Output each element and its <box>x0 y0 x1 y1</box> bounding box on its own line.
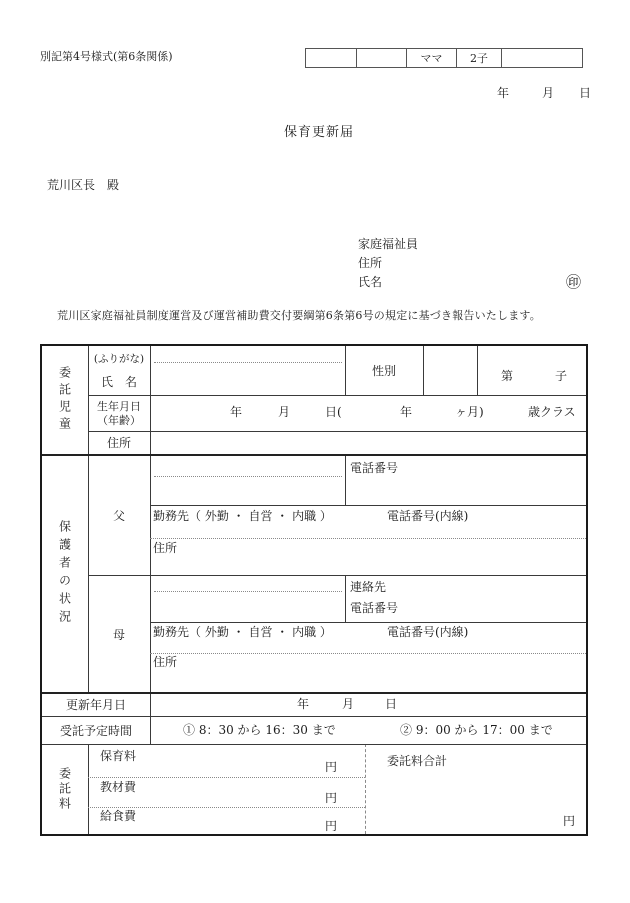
fee-item-unit: 円 <box>325 761 337 775</box>
table-line <box>150 505 586 506</box>
mother-work-label: 勤務先（ 外勤 ・ 自営 ・ 内職 ） <box>153 626 332 640</box>
table-line <box>423 346 424 395</box>
father-work-phone-label: 電話番号(内線) <box>387 510 468 524</box>
fee-item-unit: 円 <box>325 820 337 834</box>
table-line <box>88 575 586 576</box>
renewal-date-label: 更新年月日 <box>42 693 150 716</box>
table-line <box>88 744 89 834</box>
seal-mark-icon: ㊞ <box>566 274 581 291</box>
table-line <box>88 431 586 432</box>
guardian-section-label: 保護者の状況 <box>42 456 88 692</box>
date-month-label: 月 <box>542 87 554 101</box>
father-label: 父 <box>88 456 150 575</box>
sender-name-label: 氏名 <box>358 276 382 290</box>
form-title: 保育更新届 <box>284 126 354 141</box>
table-line <box>150 622 586 623</box>
mini-table-cell <box>306 49 356 67</box>
table-line <box>88 395 586 396</box>
hours-label: 受託予定時間 <box>42 717 150 744</box>
age-months-label: ヶ月) <box>455 406 484 420</box>
main-form-table: 委託児童 (ふりがな) 氏 名 性別 第 子 生年月日 （年齢） 年 月 日( … <box>40 344 588 836</box>
table-line <box>42 744 586 745</box>
mother-contact-label: 連絡先 <box>350 581 386 595</box>
statement: 荒川区家庭福祉員制度運営及び運営補助費交付要綱第6条第6号の規定に基づき報告いた… <box>57 310 541 323</box>
child-address-label: 住所 <box>88 431 150 454</box>
hours-option2: ② 9：00 から 17：00 まで <box>400 724 553 738</box>
form-number: 別記第4号様式(第6条関係) <box>40 51 173 64</box>
dotted-divider <box>150 538 586 539</box>
furigana-rule <box>154 591 342 592</box>
furigana-rule <box>154 476 342 477</box>
renewal-year-label: 年 <box>297 698 309 712</box>
mini-table-cell: ママ <box>406 49 456 67</box>
mother-work-phone-label: 電話番号(内線) <box>387 626 468 640</box>
fee-total-label: 委託料合計 <box>387 755 447 769</box>
mother-address-label: 住所 <box>153 656 177 670</box>
addressee: 荒川区長 殿 <box>47 179 119 193</box>
mini-table-cell <box>501 49 582 67</box>
dob-label-line2: （年齢） <box>88 412 150 427</box>
father-work-label: 勤務先（ 外勤 ・ 自営 ・ 内職 ） <box>153 510 332 524</box>
sender-role-label: 家庭福祉員 <box>358 238 418 252</box>
mother-phone-label: 電話番号 <box>350 602 398 616</box>
renewal-day-label: 日 <box>385 698 397 712</box>
dob-year-label: 年 <box>230 406 242 420</box>
dotted-divider <box>88 807 365 808</box>
mini-table-cell: 2子 <box>456 49 501 67</box>
gender-value-cell <box>465 346 523 395</box>
dob-day-label: 日( <box>325 406 342 420</box>
child-furigana-label: (ふりがな) <box>88 350 150 366</box>
fee-section-label: 委託料 <box>42 744 88 834</box>
mother-label: 母 <box>88 576 150 692</box>
date-year-label: 年 <box>497 87 509 101</box>
furigana-rule <box>154 362 342 363</box>
fee-item-unit: 円 <box>325 792 337 806</box>
form-page: 別記第4号様式(第6条関係) ママ 2子 年 月 日 保育更新届 荒川区長 殿 … <box>0 0 630 903</box>
fee-total-unit: 円 <box>563 815 575 829</box>
fee-item-name: 保育料 <box>100 750 136 764</box>
mini-table-cell <box>356 49 406 67</box>
father-phone-label: 電話番号 <box>350 462 398 476</box>
age-year-label: 年 <box>400 406 412 420</box>
renewal-month-label: 月 <box>342 698 354 712</box>
birth-order-prefix: 第 <box>501 370 513 384</box>
fee-item-name: 給食費 <box>100 810 136 824</box>
fee-column-dashed-divider <box>365 744 366 834</box>
table-line <box>345 575 346 622</box>
table-line <box>345 455 346 505</box>
dotted-divider <box>88 777 365 778</box>
hours-option1: ① 8：30 から 16：30 まで <box>183 724 336 738</box>
birth-order-suffix: 子 <box>555 370 567 384</box>
fee-item-name: 教材費 <box>100 781 136 795</box>
child-section-label: 委託児童 <box>42 346 88 454</box>
classification-mini-table: ママ 2子 <box>305 48 583 68</box>
dob-month-label: 月 <box>278 406 290 420</box>
table-line <box>150 346 151 744</box>
age-class-label: 歳クラス <box>528 406 576 420</box>
child-name-label: 氏 名 <box>88 372 150 390</box>
gender-label: 性別 <box>345 346 423 395</box>
father-address-label: 住所 <box>153 542 177 556</box>
dotted-divider <box>150 653 586 654</box>
date-day-label: 日 <box>579 87 591 101</box>
sender-address-label: 住所 <box>358 257 382 271</box>
